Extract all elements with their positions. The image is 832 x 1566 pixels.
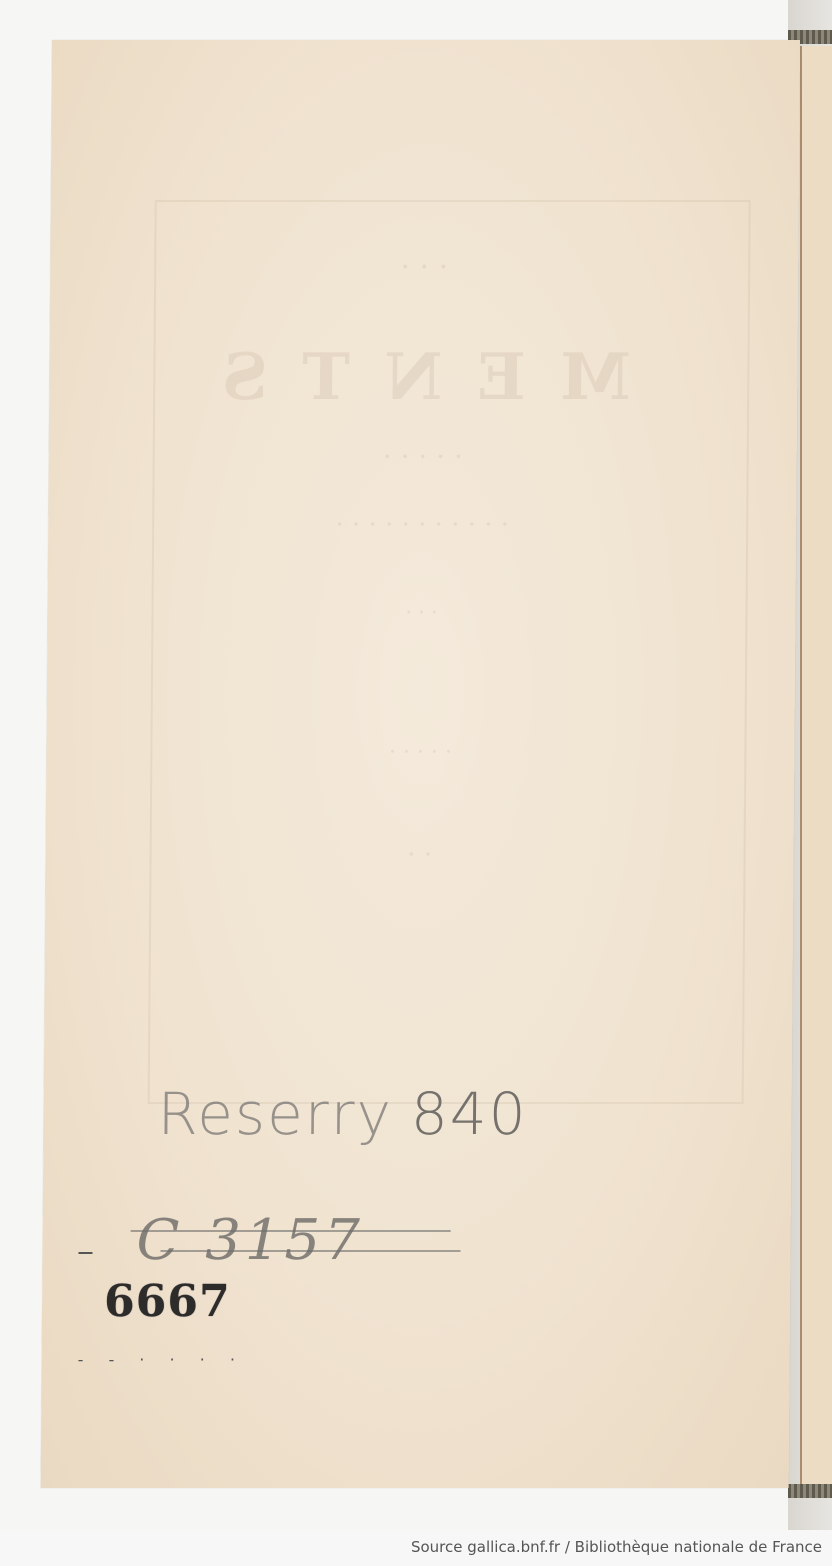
struck-out-call-number: C 3157 (136, 1208, 364, 1273)
pencil-shelfmark: Reserry840 (157, 1080, 528, 1148)
margin-tick (78, 1252, 92, 1254)
bleed-through-line: · · · (47, 600, 795, 624)
bleed-through-line: · · · (50, 250, 798, 285)
inventory-stamp-number: 6667 (104, 1276, 231, 1327)
dotted-rule: - - · · · · (78, 1350, 245, 1369)
facing-page-edge (800, 46, 832, 1484)
shelfmark-number: 840 (411, 1080, 528, 1148)
bleed-through-line: · · · · · · · · · · · (48, 510, 796, 540)
bleed-through-line: · · (45, 840, 793, 870)
bleed-through-line: · · · · · (46, 740, 794, 765)
bleed-through-title: M E N T S (49, 340, 798, 415)
book-page: · · · M E N T S · · · · · · · · · · · · … (41, 40, 800, 1488)
strike-line (131, 1230, 451, 1232)
bleed-through-frame (148, 200, 751, 1104)
strike-line (160, 1250, 460, 1252)
bleed-through-line: · · · · · (49, 440, 797, 473)
shelfmark-word: Reserry (157, 1080, 393, 1148)
binding-cloth-bottom (788, 1484, 832, 1498)
source-credit: Source gallica.bnf.fr / Bibliothèque nat… (411, 1538, 822, 1556)
